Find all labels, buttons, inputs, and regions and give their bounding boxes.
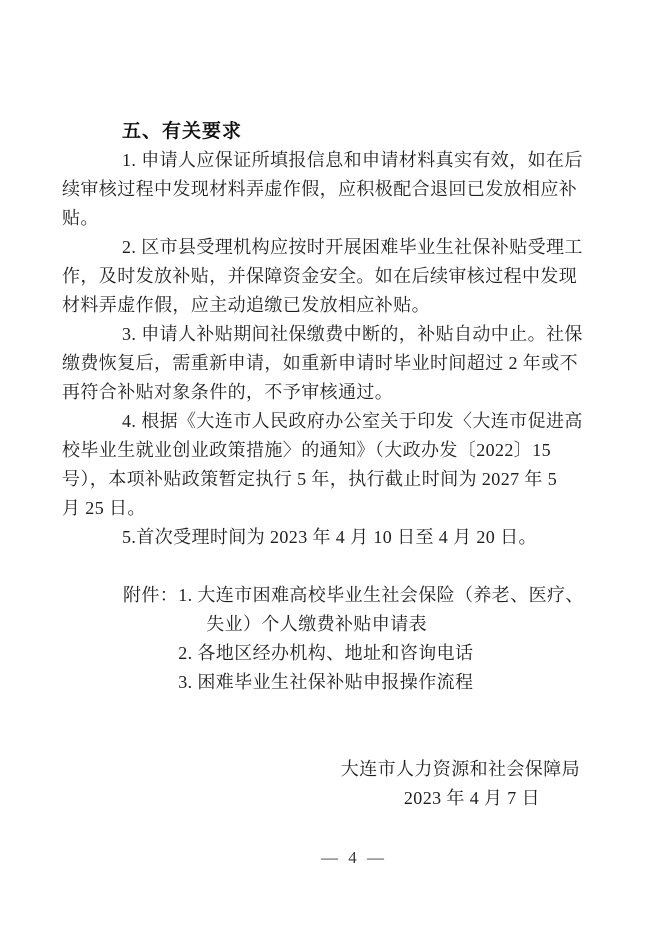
attachments-list: 1. 大连市困难高校毕业生社会保险（养老、医疗、 失业）个人缴费补贴申请表 2.…	[178, 581, 584, 697]
document-page: 五、有关要求 1. 申请人应保证所填报信息和申请材料真实有效，如在后 续审核过程…	[0, 0, 662, 936]
page-number: — 4 —	[86, 845, 622, 870]
document-content: 五、有关要求 1. 申请人应保证所填报信息和申请材料真实有效，如在后 续审核过程…	[0, 0, 662, 870]
paragraph-2: 2. 区市县受理机构应按时开展困难毕业生社保补贴受理工 作，及时发放补贴，并保障…	[62, 233, 622, 320]
attachments-block: 附件： 1. 大连市困难高校毕业生社会保险（养老、医疗、 失业）个人缴费补贴申请…	[123, 581, 622, 697]
attachment-item-3: 3. 困难毕业生社保补贴申报操作流程	[178, 668, 584, 697]
attachment-item-1: 1. 大连市困难高校毕业生社会保险（养老、医疗、 失业）个人缴费补贴申请表	[178, 581, 584, 639]
paragraph-4: 4. 根据《大连市人民政府办公室关于印发〈大连市促进高 校毕业生就业创业政策措施…	[62, 407, 622, 523]
attachment-item-2: 2. 各地区经办机构、地址和咨询电话	[178, 639, 584, 668]
issuing-authority: 大连市人力资源和社会保障局	[62, 755, 580, 784]
paragraph-3: 3. 申请人补贴期间社保缴费中断的，补贴自动中止。社保 缴费恢复后，需重新申请，…	[62, 320, 622, 407]
issue-date: 2023 年 4 月 7 日	[62, 784, 580, 813]
paragraph-1: 1. 申请人应保证所填报信息和申请材料真实有效，如在后 续审核过程中发现材料弄虚…	[62, 146, 622, 233]
attachments-label: 附件：	[123, 581, 178, 697]
signature-block: 大连市人力资源和社会保障局 2023 年 4 月 7 日	[62, 755, 580, 813]
section-heading: 五、有关要求	[62, 117, 622, 146]
paragraph-5: 5.首次受理时间为 2023 年 4 月 10 日至 4 月 20 日。	[62, 523, 622, 552]
